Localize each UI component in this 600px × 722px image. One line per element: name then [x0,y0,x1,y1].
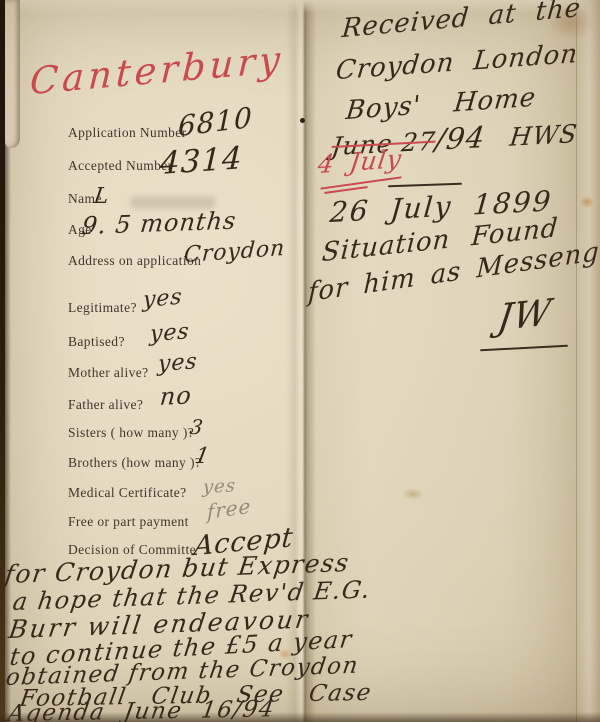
field-row-mother-alive: Mother alive? [68,364,149,382]
field-value-legitimate: yes [142,284,183,313]
date-year-suffix: /94 [434,120,488,157]
field-value-mother-alive: yes [157,349,198,377]
field-label: Brothers (how many )? [68,455,201,470]
field-label: Accepted Number [68,158,173,173]
ink-speck [300,118,305,123]
field-label: Legitimate? [68,300,137,315]
field-value-father-alive: no [159,381,193,411]
field-label: Address on application [68,253,201,268]
field-label: Application Number [68,125,187,140]
field-row-baptised: Baptised? [68,333,125,351]
field-row-accepted-number: Accepted Number [68,157,173,175]
field-value-accepted-number: 4314 [159,140,243,182]
field-value-age: 9. 5 months [81,207,238,241]
field-row-medical-certificate: Medical Certificate? [68,484,187,502]
field-row-father-alive: Father alive? [68,396,143,414]
paper-stain [402,488,424,500]
field-label: Mother alive? [68,365,149,380]
field-label: Medical Certificate? [68,485,187,500]
field-row-sisters: Sisters ( how many )? [68,424,194,442]
clerk-initials-top: HWS [508,119,579,152]
field-row-legitimate: Legitimate? [68,299,137,317]
field-label: Sisters ( how many )? [68,425,194,440]
scanned-document: Canterbury Application Number 6810 Accep… [0,0,600,722]
field-value-medical-certificate: yes [202,475,237,498]
field-row-address: Address on application [68,252,201,270]
field-row-brothers: Brothers (how many )? [68,454,201,472]
field-label: Father alive? [68,397,143,412]
field-value-name: L [92,184,111,209]
revised-date-red: 4 July [316,144,404,179]
field-value-baptised: yes [149,319,190,347]
decision-note-line: Agenda June 16/94 [6,696,277,722]
field-label: Baptised? [68,334,125,349]
paper-stain [580,196,594,208]
field-row-application-number: Application Number [68,124,187,142]
field-label: Free or part payment [68,514,189,529]
field-row-free-or-part-payment: Free or part payment [68,513,189,531]
clerk-initials-bottom: JW [495,292,554,339]
